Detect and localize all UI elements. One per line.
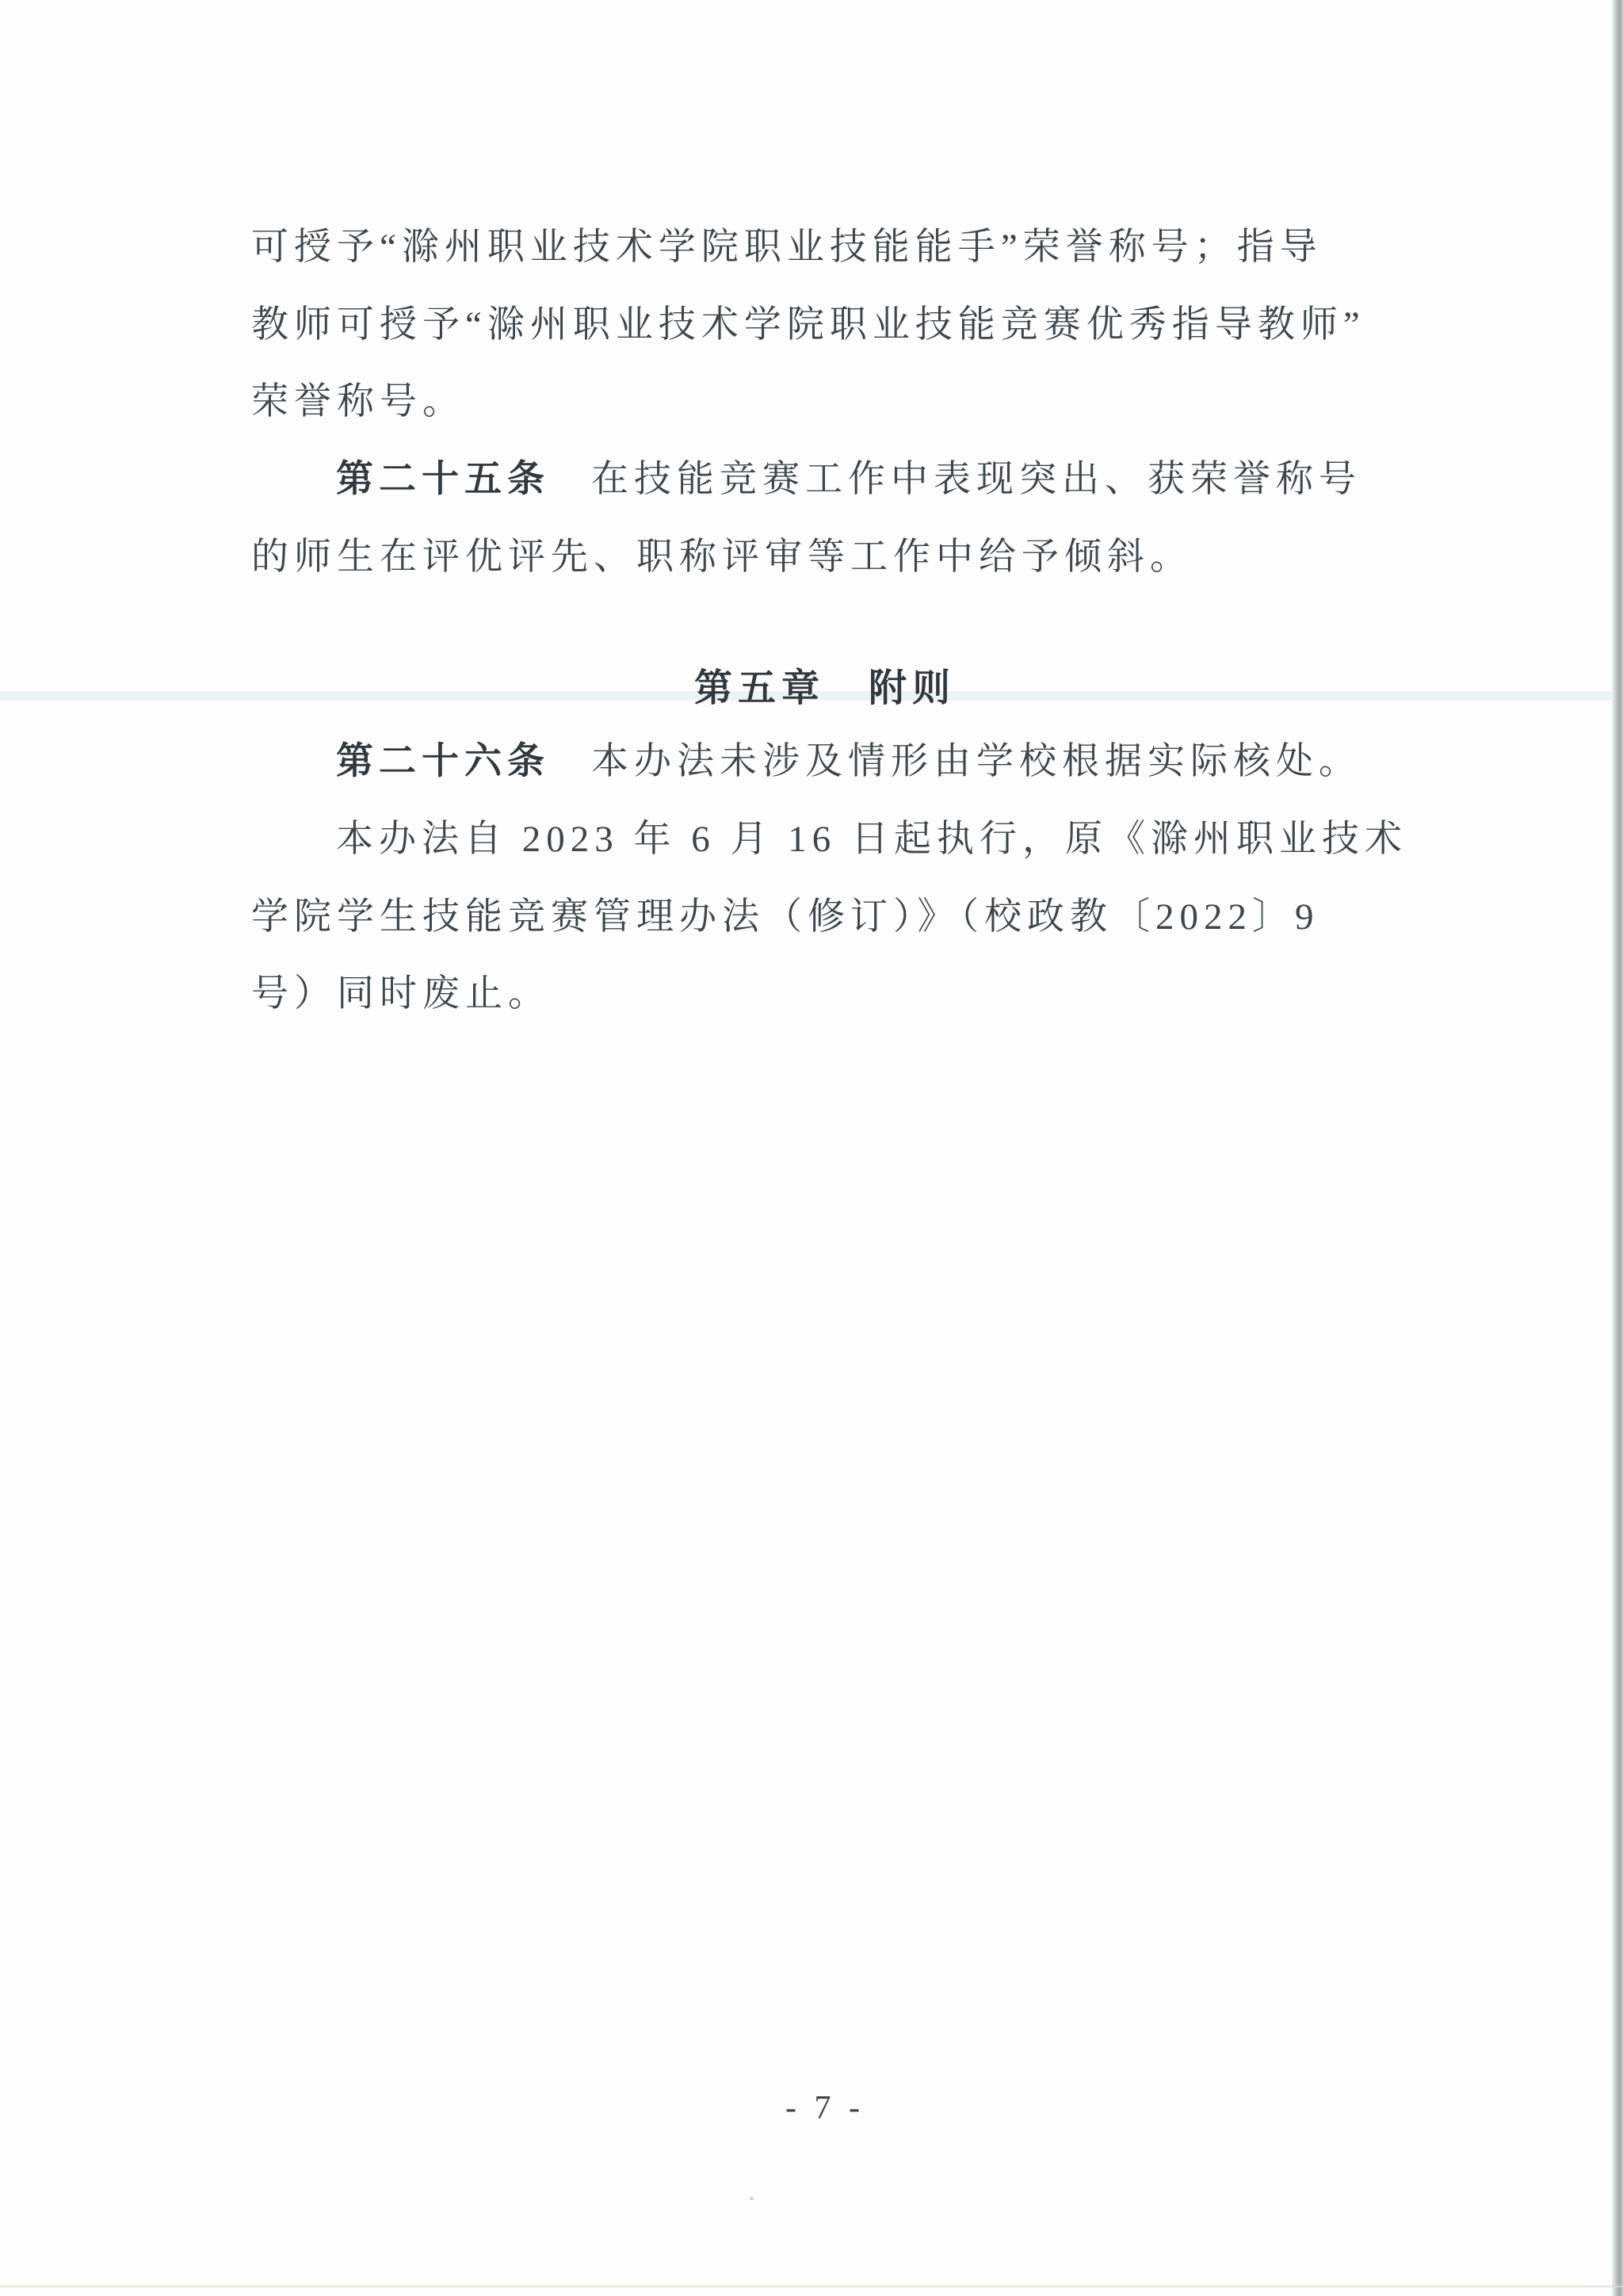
paragraph-article-26: 第二十六条本办法未涉及情形由学校根据实际核处。 (251, 724, 1416, 801)
body-text-line: 荣誉称号。 (251, 364, 1416, 441)
paragraph-honor-titles: 可授予“滁州职业技术学院职业技能能手”荣誉称号；指导 教师可授予“滁州职业技术学… (251, 209, 1416, 441)
article-25-text: 在技能竞赛工作中表现突出、获荣誉称号 (591, 459, 1361, 500)
body-text-line: 学院学生技能竞赛管理办法（修订）》（校政教〔2022〕9 (251, 879, 1416, 957)
article-26-text: 本办法未涉及情形由学校根据实际核处。 (591, 741, 1361, 782)
document-page: 可授予“滁州职业技术学院职业技能能手”荣誉称号；指导 教师可授予“滁州职业技术学… (0, 0, 1623, 2296)
paragraph-article-25: 第二十五条在技能竞赛工作中表现突出、获荣誉称号 的师生在评优评先、职称评审等工作… (251, 441, 1416, 596)
body-text-line: 的师生在评优评先、职称评审等工作中给予倾斜。 (251, 519, 1416, 597)
body-text-line: 教师可授予“滁州职业技术学院职业技能竞赛优秀指导教师” (251, 287, 1416, 365)
chapter-heading: 第五章 附则 (251, 650, 1399, 728)
body-text-line: 可授予“滁州职业技术学院职业技能能手”荣誉称号；指导 (251, 209, 1416, 287)
body-text-line: 第二十六条本办法未涉及情形由学校根据实际核处。 (251, 724, 1416, 801)
paragraph-effective-date: 本办法自 2023 年 6 月 16 日起执行，原《滁州职业技术 学院学生技能竞… (251, 801, 1416, 1033)
page-edge-shadow (1612, 0, 1623, 2296)
scan-speck (750, 2197, 754, 2200)
page-number: - 7 - (251, 2070, 1399, 2148)
bottom-scan-edge (0, 2286, 1623, 2287)
body-text-line: 号）同时废止。 (251, 956, 1416, 1033)
article-26-number: 第二十六条 (336, 741, 550, 782)
body-text-line: 本办法自 2023 年 6 月 16 日起执行，原《滁州职业技术 (251, 801, 1416, 879)
article-25-number: 第二十五条 (336, 459, 550, 500)
body-text-line: 第二十五条在技能竞赛工作中表现突出、获荣誉称号 (251, 441, 1416, 519)
